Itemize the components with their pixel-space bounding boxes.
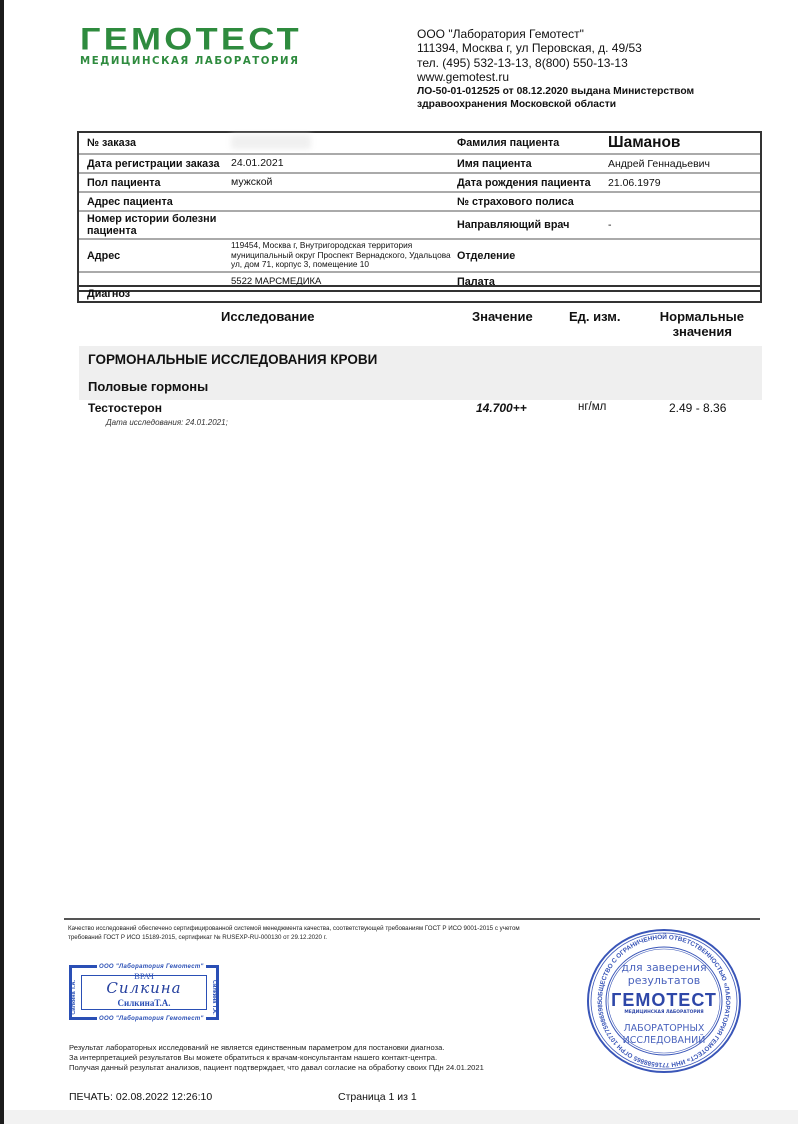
company-address: 111394, Москва г, ул Перовская, д. 49/53 [417, 41, 694, 55]
quality-statement: Качество исследований обеспечено сертифи… [68, 925, 568, 942]
patient-address-label: Адрес пациента [79, 196, 231, 208]
section-title: ГОРМОНАЛЬНЫЕ ИССЛЕДОВАНИЯ КРОВИ [88, 352, 377, 367]
doctor-signature: Силкина [72, 979, 216, 997]
doctor-stamp-org-bottom: ООО "Лаборатория Гемотест" [97, 1016, 206, 1022]
quality-line-1: Качество исследований обеспечено сертифи… [68, 925, 568, 934]
row-reg-date: Дата регистрации заказа 24.01.2021 Имя п… [79, 153, 760, 172]
logo-subtitle: МЕДИЦИНСКАЯ ЛАБОРАТОРИЯ [80, 56, 362, 67]
footer-divider [64, 918, 760, 920]
seal-brand: ГЕМОТЕСТ [611, 990, 717, 1010]
order-no-value [231, 135, 457, 152]
surname-label: Фамилия пациента [457, 137, 608, 149]
diagnosis-row: Диагноз [77, 285, 762, 303]
test-name: Тестостерон [88, 401, 162, 415]
disclaimer: Результат лабораторных исследований не я… [69, 1043, 484, 1073]
row-patient-address: Адрес пациента № страхового полиса [79, 191, 760, 210]
name-value: Андрей Геннадьевич [608, 158, 760, 170]
print-timestamp: ПЕЧАТЬ: 02.08.2022 12:26:10 [69, 1091, 212, 1103]
company-phone: тел. (495) 532-13-13, 8(800) 550-13-13 [417, 56, 694, 70]
address-value: 119454, Москва г, Внутригородская террит… [231, 241, 457, 270]
diagnosis-label: Диагноз [87, 288, 130, 300]
viewer-bottom-band [4, 1110, 798, 1124]
surname-value: Шаманов [608, 134, 760, 152]
company-name: ООО "Лаборатория Гемотест" [417, 27, 694, 41]
doctor-label: Направляющий врач [457, 219, 608, 231]
col-header-unit: Ед. изм. [569, 309, 621, 324]
sex-label: Пол пациента [79, 177, 231, 189]
row-order: № заказа Фамилия пациента Шаманов [79, 133, 760, 153]
license-line-2: здравоохранения Московской области [417, 98, 694, 111]
sex-value: мужской [231, 177, 457, 188]
page-number: Страница 1 из 1 [338, 1091, 417, 1103]
seal-line-3: ЛАБОРАТОРНЫХ [624, 1023, 705, 1034]
col-header-norm-line1: Нормальные [657, 309, 744, 324]
name-label: Имя пациента [457, 158, 608, 170]
quality-line-2: требований ГОСТ Р ИСО 15189-2015, сертиф… [68, 934, 568, 943]
policy-label: № страхового полиса [457, 196, 608, 208]
disclaimer-line-3: Получая данный результат анализов, пацие… [69, 1063, 484, 1073]
gemotest-logo: ГЕМОТЕСТ МЕДИЦИНСКАЯ ЛАБОРАТОРИЯ [80, 24, 362, 67]
test-unit: нг/мл [578, 401, 606, 413]
reg-date-value: 24.01.2021 [231, 158, 457, 169]
test-norm: 2.49 - 8.36 [669, 401, 726, 415]
test-date: Дата исследования: 24.01.2021; [106, 418, 228, 427]
logo-title: ГЕМОТЕСТ [80, 24, 362, 54]
company-website[interactable]: www.gemotest.ru [417, 70, 694, 84]
company-info: ООО "Лаборатория Гемотест" 111394, Москв… [417, 27, 694, 111]
birth-value: 21.06.1979 [608, 177, 760, 189]
test-value: 14.700++ [476, 401, 527, 415]
seal-line-1: для заверения [621, 961, 706, 974]
lab-round-seal: ОБЩЕСТВО С ОГРАНИЧЕННОЙ ОТВЕТСТВЕННОСТЬЮ… [584, 927, 744, 1075]
seal-brand-sub: МЕДИЦИНСКАЯ ЛАБОРАТОРИЯ [624, 1009, 703, 1015]
disclaimer-line-1: Результат лабораторных исследований не я… [69, 1043, 484, 1053]
doctor-stamp-org-top: ООО "Лаборатория Гемотест" [97, 964, 206, 970]
subsection-title: Половые гормоны [88, 379, 208, 394]
col-header-study: Исследование [221, 309, 314, 324]
history-label: Номер истории болезни пациента [79, 213, 231, 237]
col-header-value: Значение [472, 309, 533, 324]
reg-date-label: Дата регистрации заказа [79, 158, 231, 170]
address-label: Адрес [79, 250, 231, 262]
redacted-order-number [231, 135, 311, 149]
license-info: ЛО-50-01-012525 от 08.12.2020 выдана Мин… [417, 85, 694, 111]
disclaimer-line-2: За интерпретацией результатов Вы можете … [69, 1053, 484, 1063]
seal-graphic: ОБЩЕСТВО С ОГРАНИЧЕННОЙ ОТВЕТСТВЕННОСТЬЮ… [584, 927, 744, 1075]
col-header-norm-line2: значения [657, 324, 744, 339]
department-label: Отделение [457, 250, 608, 262]
row-history: Номер истории болезни пациента Направляю… [79, 210, 760, 238]
row-sex: Пол пациента мужской Дата рождения пацие… [79, 172, 760, 191]
patient-info-table: № заказа Фамилия пациента Шаманов Дата р… [77, 131, 762, 292]
doctor-value: - [608, 219, 760, 231]
seal-line-2: результатов [628, 974, 700, 987]
col-header-norm: Нормальные значения [657, 309, 744, 339]
birth-label: Дата рождения пациента [457, 177, 608, 189]
viewer-left-edge [0, 0, 4, 1124]
row-address: Адрес 119454, Москва г, Внутригородская … [79, 238, 760, 271]
license-line-1: ЛО-50-01-012525 от 08.12.2020 выдана Мин… [417, 85, 694, 98]
doctor-name: СилкинаТ.А. [72, 998, 216, 1008]
seal-line-4: ИССЛЕДОВАНИЙ [623, 1034, 706, 1046]
doctor-stamp: ООО "Лаборатория Гемотест" ООО "Лаборато… [69, 965, 219, 1020]
order-no-label: № заказа [79, 137, 231, 149]
